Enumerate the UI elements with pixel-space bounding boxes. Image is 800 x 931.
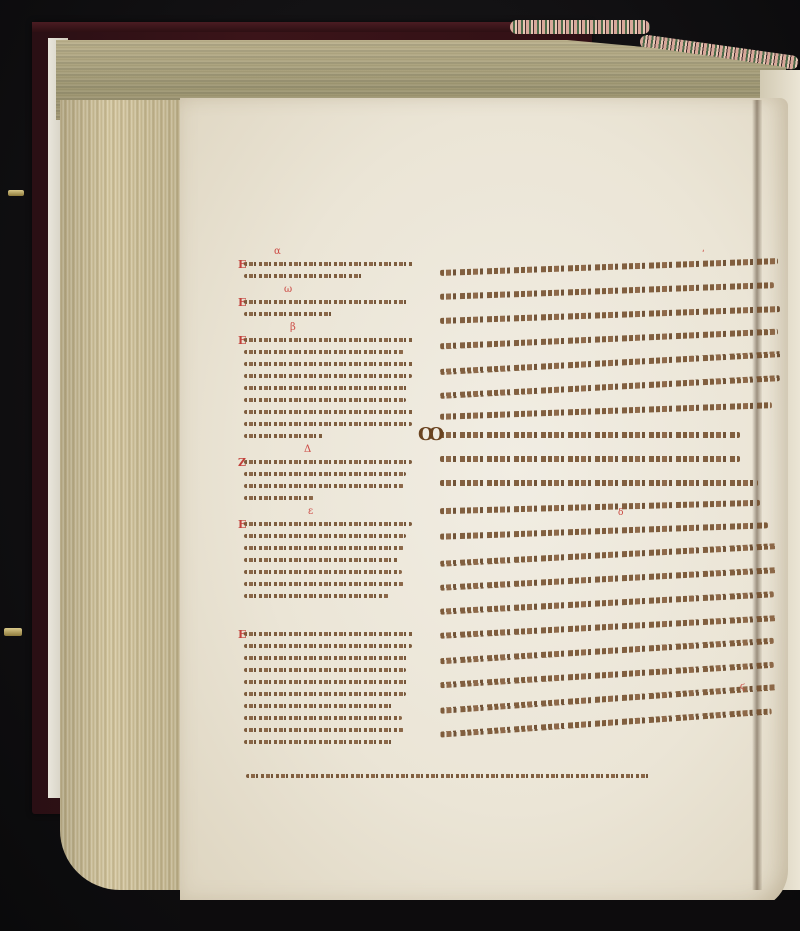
clasp-pin-lower <box>4 628 22 636</box>
main-text-column: ʹ Ꝏ δ ϛ <box>440 256 770 736</box>
rubric-mark: ϛ <box>740 682 745 692</box>
scholia-column: α Ε ω Ε β Ε Δ Ζ ε Ε Ε <box>244 246 424 750</box>
headband <box>510 20 650 34</box>
binding-top-rim <box>32 22 592 32</box>
section-mark: ω <box>244 284 424 298</box>
bottom-shadow <box>180 900 800 931</box>
rubric-mark: δ <box>618 508 623 518</box>
section-mark: ε <box>244 506 424 520</box>
section-mark: α <box>244 246 424 260</box>
scholia-footer-line <box>246 772 656 782</box>
section-mark: β <box>244 322 424 336</box>
side-edge-shading <box>60 100 186 890</box>
section-mark: Δ <box>244 444 424 458</box>
clasp-pin-upper <box>8 190 24 196</box>
